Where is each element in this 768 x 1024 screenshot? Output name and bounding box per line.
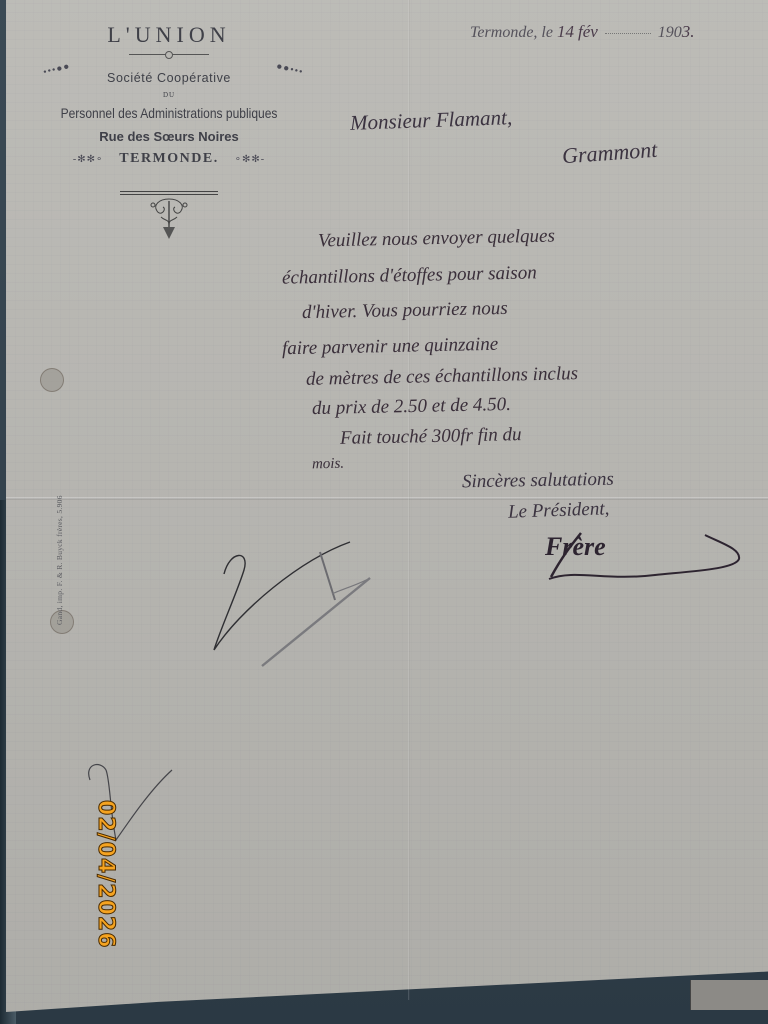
- dateline-prefix: Termonde, le: [470, 24, 553, 41]
- floral-ornament-right-icon: ∘✻✻-: [235, 154, 265, 165]
- printer-imprint: Gand, imp. F. & R. Buyck frères, 5.906: [55, 495, 64, 625]
- letterhead-city-row: -✻✻∘ TERMONDE. ∘✻✻-: [40, 151, 298, 167]
- letterhead-city: TERMONDE.: [119, 151, 218, 167]
- dateline-year-prefix: 190: [658, 24, 682, 41]
- dateline: Termonde, le 14 fév 1903.: [470, 22, 695, 42]
- punch-hole-top: [40, 368, 64, 392]
- floral-ornament-left-icon: -✻✻∘: [73, 154, 103, 165]
- body-line-6: du prix de 2.50 et de 4.50.: [312, 394, 511, 420]
- letterhead: •••●● ●●••• L'UNION Société Coopérative …: [40, 22, 298, 248]
- dateline-dotted-rule: [605, 33, 651, 34]
- signer-title: Le Président,: [508, 498, 610, 524]
- signature-flourish-icon: [545, 525, 745, 585]
- body-line-8: mois.: [312, 456, 344, 474]
- body-line-3: d'hiver. Vous pourriez nous: [302, 298, 508, 324]
- horizontal-fold: [6, 497, 768, 500]
- letterhead-title: L'UNION: [40, 22, 298, 48]
- title-rule: [129, 54, 209, 55]
- dateline-month: fév: [578, 22, 598, 41]
- dateline-day: 14: [557, 22, 574, 41]
- letterhead-connector: DU: [40, 91, 298, 99]
- underlying-sheet: [690, 980, 768, 1010]
- letterhead-street: Rue des Sœurs Noires: [40, 129, 298, 144]
- pencil-check-mark-icon: [200, 530, 380, 670]
- vertical-fold: [408, 0, 410, 1000]
- letterhead-ornament: [120, 191, 218, 248]
- body-line-7: Fait touché 300fr fin du: [340, 424, 522, 450]
- camera-date-stamp: 02/04/2026: [93, 800, 118, 949]
- closing: Sincères salutations: [462, 469, 614, 494]
- letterhead-subtitle: Société Coopérative: [40, 71, 298, 85]
- fleur-ornament-icon: [139, 195, 199, 243]
- letterhead-organization: Personnel des Administrations publiques: [58, 105, 280, 121]
- body-line-4: faire parvenir une quinzaine: [282, 334, 499, 361]
- dateline-year-suffix: 3.: [682, 22, 695, 41]
